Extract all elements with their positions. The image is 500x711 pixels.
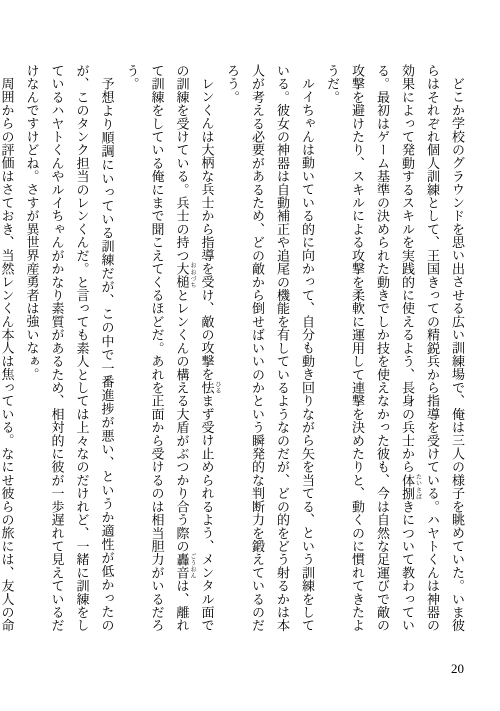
paragraph: レンくんは大柄な兵士から指導を受け、敵の攻撃を怯ひるまず受け止められるよう、メン… [120, 64, 221, 632]
paragraph: どこか学校のグラウンドを思い出させる広い訓練場で、俺は三人の様子を眺めていた。い… [320, 64, 470, 632]
page-number: 20 [451, 661, 464, 677]
ruby-annotated-word: 轟音ごうおん [175, 553, 190, 579]
book-page: どこか学校のグラウンドを思い出させる広い訓練場で、俺は三人の様子を眺めていた。い… [0, 0, 500, 711]
ruby-annotated-word: 体捌たいさば [400, 474, 415, 500]
ruby-annotated-word: 大槌おおづち [175, 262, 190, 288]
paragraph: 周囲からの評価はさておき、当然レンくん本人は焦っている。なにせ彼らの旅には、友人… [0, 64, 20, 632]
ruby-annotated-word: 怯ひる [200, 381, 215, 394]
paragraph: 予想より順調にいっている訓練だが、この中で一番進捗が悪い、というか適性が低かった… [20, 64, 120, 632]
paragraph: ルイちゃんは動いている的に向かって、自分も動き回りながら矢を当てる、という訓練を… [220, 64, 320, 632]
text-body: どこか学校のグラウンドを思い出させる広い訓練場で、俺は三人の様子を眺めていた。い… [0, 64, 470, 632]
